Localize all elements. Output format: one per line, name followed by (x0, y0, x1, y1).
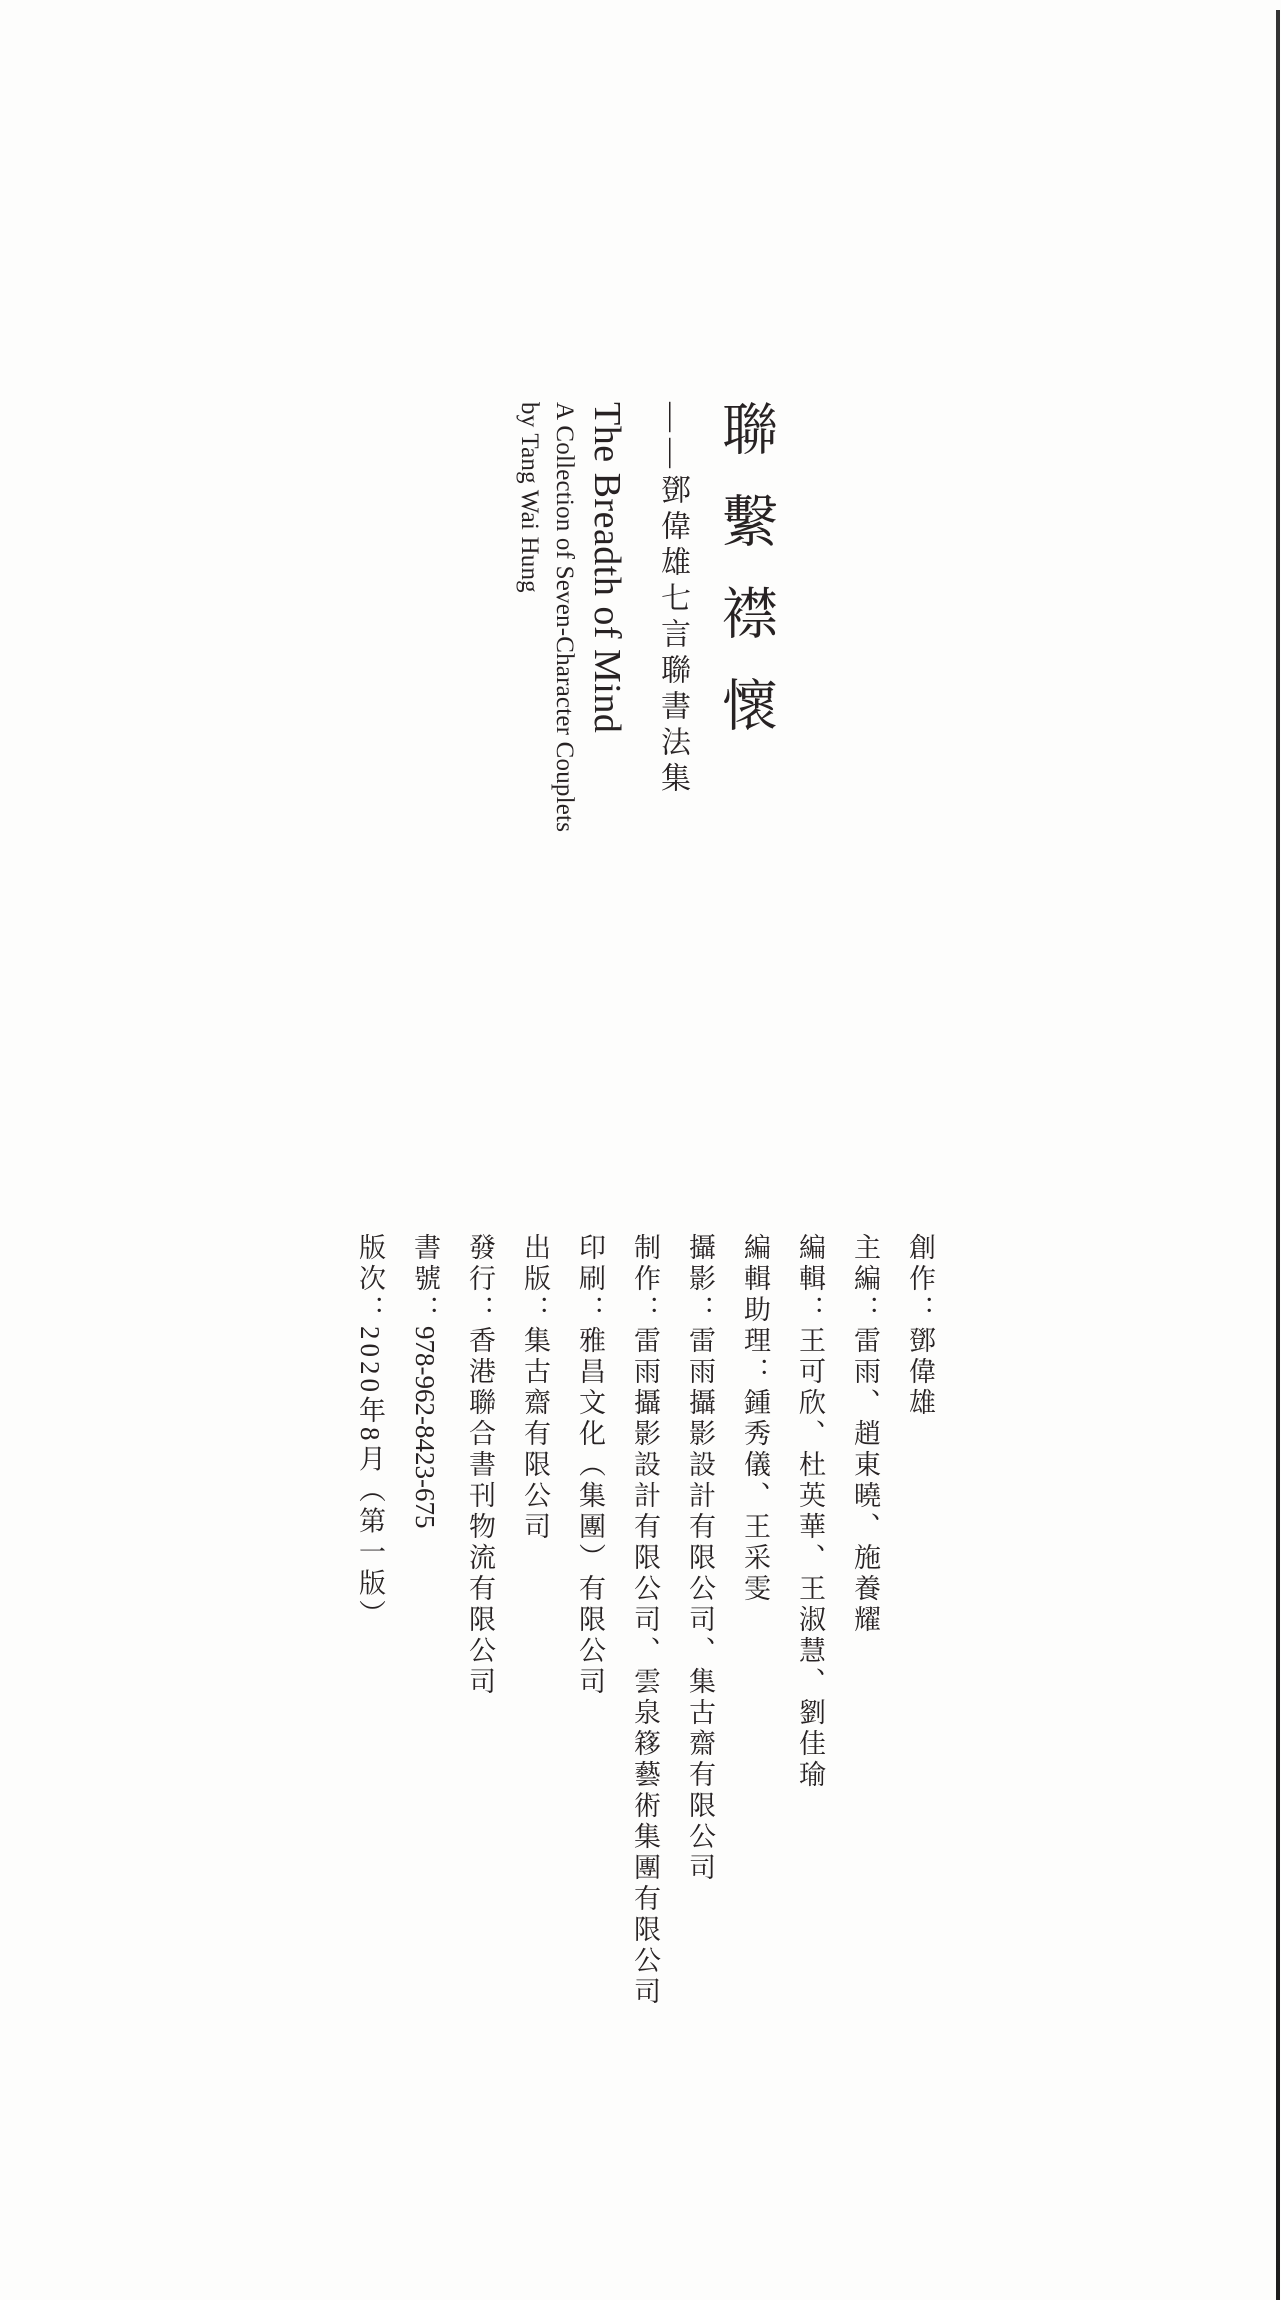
credit-label: 創作： (905, 1233, 935, 1326)
credit-label: 出版： (520, 1233, 550, 1326)
page-edge-shadow (1276, 10, 1280, 2300)
credit-row-distribution: 發行：香港聯合書刊物流有限公司 (452, 1233, 507, 2193)
credit-value: 雷雨攝影設計有限公司、雲泉簃藝術集團有限公司 (630, 1326, 660, 2008)
credit-label: 發行： (465, 1233, 495, 1326)
credit-value-isbn: 978-962-8423-675 (410, 1326, 440, 1528)
book-author-english: by Tang Wai Hung (512, 402, 547, 1042)
credit-row-isbn: 書號：978-962-8423-675 (397, 1233, 452, 2193)
credit-label: 書號： (410, 1233, 440, 1326)
credit-value: 雅昌文化（集團）有限公司 (575, 1326, 605, 1698)
credit-label: 主編： (850, 1233, 880, 1326)
credit-value: 2020年8月（第一版） (355, 1326, 385, 1631)
credit-value: 雷雨攝影設計有限公司、集古齋有限公司 (685, 1326, 715, 1884)
credit-row-chief-editor: 主編：雷雨、趙東曉、施養耀 (837, 1233, 892, 2193)
credit-row-publisher: 出版：集古齋有限公司 (507, 1233, 562, 2193)
credit-label: 攝影： (685, 1233, 715, 1326)
credit-value: 王可欣、杜英華、王淑慧、劉佳瑜 (795, 1326, 825, 1791)
credit-row-creator: 創作：鄧偉雄 (892, 1233, 947, 2193)
credit-value: 雷雨、趙東曉、施養耀 (850, 1326, 880, 1636)
credit-row-production: 制作：雷雨攝影設計有限公司、雲泉簃藝術集團有限公司 (617, 1233, 672, 2193)
credit-value: 鄧偉雄 (905, 1326, 935, 1419)
book-title-chinese: 聯繫襟懷 (714, 400, 776, 820)
credit-row-photography: 攝影：雷雨攝影設計有限公司、集古齋有限公司 (672, 1233, 727, 2193)
credit-row-editorial-assistant: 編輯助理：鍾秀儀、王采雯 (727, 1233, 782, 2193)
credit-row-editor: 編輯：王可欣、杜英華、王淑慧、劉佳瑜 (782, 1233, 837, 2193)
credit-row-edition: 版次：2020年8月（第一版） (342, 1233, 397, 2193)
credit-label: 印刷： (575, 1233, 605, 1326)
credit-label: 制作： (630, 1233, 660, 1326)
credit-value: 香港聯合書刊物流有限公司 (465, 1326, 495, 1698)
credit-label: 編輯： (795, 1233, 825, 1326)
credit-label: 版次： (355, 1233, 385, 1326)
english-title-block: The Breadth of Mind A Collection of Seve… (498, 402, 632, 1042)
credit-value: 鍾秀儀、王采雯 (740, 1388, 770, 1605)
book-subtitle-english: A Collection of Seven-Character Couplets (547, 402, 582, 1042)
credit-value: 集古齋有限公司 (520, 1326, 550, 1543)
book-subtitle-chinese: ——鄧偉雄七言聯書法集 (654, 402, 690, 882)
book-title-english: The Breadth of Mind (582, 402, 632, 1042)
credits-block: 創作：鄧偉雄 主編：雷雨、趙東曉、施養耀 編輯：王可欣、杜英華、王淑慧、劉佳瑜 … (341, 1233, 947, 2193)
credit-label: 編輯助理： (740, 1233, 770, 1388)
colophon-page: 聯繫襟懷 ——鄧偉雄七言聯書法集 The Breadth of Mind A C… (0, 0, 1281, 2300)
credit-row-printing: 印刷：雅昌文化（集團）有限公司 (562, 1233, 617, 2193)
